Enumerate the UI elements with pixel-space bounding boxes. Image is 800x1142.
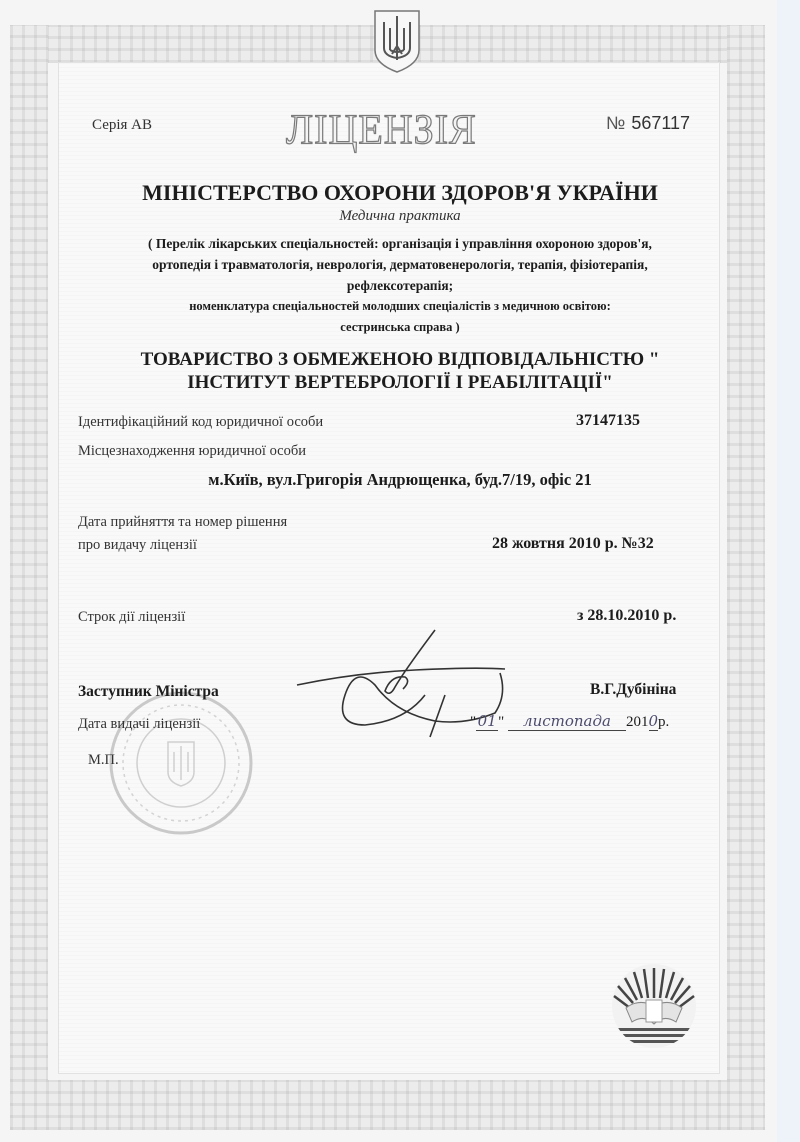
signatory-name: В.Г.Дубініна	[590, 681, 676, 699]
round-seal-icon	[108, 690, 254, 836]
junior-specialties-list: номенклатура спеціальностей молодших спе…	[60, 296, 740, 338]
issue-day: 01	[476, 712, 498, 731]
issue-year-suffix: 0	[649, 712, 659, 731]
id-code-label: Ідентифікаційний код юридичної особи	[78, 414, 323, 431]
ornamental-border-bottom	[10, 1080, 765, 1130]
licensee-name-line: ІНСТИТУТ ВЕРТЕБРОЛОГІЇ І РЕАБІЛІТАЦІЇ"	[60, 371, 740, 394]
address-value: м.Київ, вул.Григорія Андрющенка, буд.7/1…	[60, 470, 740, 490]
specialties-line: ( Перелік лікарських спеціальностей: орг…	[60, 233, 740, 254]
number-sign: №	[606, 113, 625, 133]
junior-line: сестринська справа )	[60, 317, 740, 338]
series-label: Серія АВ	[92, 117, 152, 134]
validity-value: з 28.10.2010 р.	[577, 607, 676, 625]
location-label: Місцезнаходження юридичної особи	[78, 443, 306, 460]
stamp-place-label: М.П.	[88, 752, 119, 769]
specialties-list: ( Перелік лікарських спеціальностей: орг…	[60, 233, 740, 296]
decision-value: 28 жовтня 2010 р. №32	[492, 535, 654, 553]
license-number: №567117	[606, 113, 690, 134]
issue-year-prefix: 201	[626, 714, 649, 730]
issue-month: листопада	[508, 712, 626, 731]
activity-type: Медична практика	[60, 208, 740, 225]
licensee-name-line: ТОВАРИСТВО З ОБМЕЖЕНОЮ ВІДПОВІДАЛЬНІСТЮ …	[60, 348, 740, 371]
validity-label: Строк дії ліцензії	[78, 609, 185, 626]
decision-label-line1: Дата прийняття та номер рішення	[78, 514, 287, 531]
year-suffix-label: р.	[658, 714, 669, 730]
license-title: ЛІЦЕНЗІЯ	[286, 105, 477, 154]
number-value: 567117	[631, 113, 690, 133]
security-hologram-icon	[604, 958, 704, 1048]
decision-label-line2: про видачу ліцензії	[78, 537, 197, 554]
licensee-name: ТОВАРИСТВО З ОБМЕЖЕНОЮ ВІДПОВІДАЛЬНІСТЮ …	[60, 348, 740, 394]
signatory-position: Заступник Міністра	[78, 683, 219, 701]
ministry-name: МІНІСТЕРСТВО ОХОРОНИ ЗДОРОВ'Я УКРАЇНИ	[60, 180, 740, 206]
quote-close: "	[498, 714, 504, 730]
junior-line: номенклатура спеціальностей молодших спе…	[60, 296, 740, 317]
id-code-value: 37147135	[576, 412, 640, 430]
ornamental-border-left	[10, 25, 48, 1130]
issue-date-value: "01" листопада2010р.	[470, 712, 669, 731]
issue-date-label: Дата видачі ліцензії	[78, 716, 200, 733]
specialties-line: ортопедія і травматологія, неврологія, д…	[60, 254, 740, 275]
trident-emblem-icon	[372, 8, 422, 74]
specialties-line: рефлексотерапія;	[60, 275, 740, 296]
